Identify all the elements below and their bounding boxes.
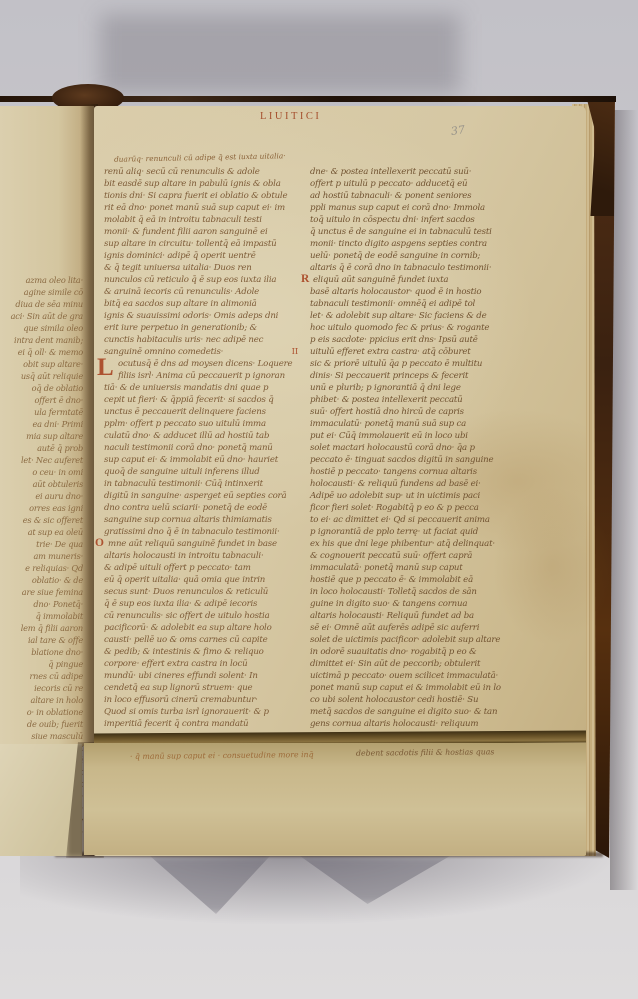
sliver-text-line: lem q̄ filii aaron <box>0 622 86 634</box>
manuscript-text-line: put ei· Cūq̄ immolauerit eū in loco ubi <box>310 430 538 442</box>
sliver-text-line: o· in oblatione <box>0 706 86 718</box>
manuscript-text-line: & pedib; & intestinis & fimo & reliquo <box>104 646 304 658</box>
manuscript-text-line: cunctis habitaculis uris· nec adipē nec <box>104 334 304 346</box>
manuscript-text-line: cū renunculis· sic offert de uitulo host… <box>104 610 304 622</box>
sliver-text-line: e reliquias· Qd <box>0 562 86 574</box>
manuscript-text-line: q̄ unctus ē de sanguine ei in tabnaculū … <box>310 226 538 238</box>
sliver-text-line: iecoris cū re <box>0 682 86 694</box>
photograph-of-manuscript: azma oleo lita·agine simile cōdiua de sē… <box>0 0 638 999</box>
manuscript-text-line: let· & adolebit sup altare· Sic faciens … <box>310 310 538 322</box>
sliver-text-line: ial tare & offe <box>0 634 86 646</box>
sliver-text-line: are siue femina <box>0 586 86 598</box>
manuscript-text-line: naculi testimonii corā dno· ponetq̄ manū <box>104 442 304 454</box>
book-right-shadow <box>610 110 638 890</box>
manuscript-text-line: uelū· ponetq̄ de eodē sanguine in cornib… <box>310 250 538 262</box>
manuscript-text-line: metq̄ sacdos de sanguine ei digito suo· … <box>310 706 538 718</box>
sliver-text-line: obit sup altare· <box>0 358 86 370</box>
manuscript-text-line: sup altare in circuitu· tollentq̄ eā imp… <box>104 238 304 250</box>
manuscript-text-line: hostiē p peccato· tangens cornua altaris <box>310 466 538 478</box>
lower-margin-text-left: · q̄ manū sup caput ei · consuetudine mo… <box>130 750 314 761</box>
sliver-text-line: aci· Sin aūt de gra <box>0 310 86 322</box>
manuscript-text-line: bitq̄ ea sacdos sup altare in alimoniā <box>104 298 304 310</box>
manuscript-text-line: altaris q̄ ē corā dno in tabnaculo testi… <box>310 262 538 274</box>
manuscript-text-line: immaculatā· ponetq̄ manū sup caput <box>310 562 538 574</box>
manuscript-text-line: renū aliq· secū cū renunculis & adole <box>104 166 304 178</box>
manuscript-text-line: molabit q̄ eā in introitu tabnaculi test… <box>104 214 304 226</box>
manuscript-text-line: tabnaculi testimonii· omnēq̄ ei adipē to… <box>310 298 538 310</box>
sliver-text-line: agine simile cō <box>0 286 86 298</box>
running-title: LIUITICI <box>260 111 321 122</box>
manuscript-text-line: in loco effusorū cinerū cremabuntur· <box>104 694 304 706</box>
manuscript-text-line: to ei· ac dimittet ei· Qd si peccauerit … <box>310 514 538 526</box>
sliver-text-line: de ouib; fuerit <box>0 718 86 730</box>
manuscript-text-line: nunculos cū reticulo q̄ ē sup eos iuxta … <box>104 274 304 286</box>
manuscript-text-line: imperitiā fecerit q̄ contra mandatū <box>104 718 304 730</box>
manuscript-text-line: sup caput ei· & immolabit eū dno· haurie… <box>104 454 304 466</box>
sliver-text-line: intra dent manib; <box>0 334 86 346</box>
sliver-text-line: offert ē dno· <box>0 394 86 406</box>
manuscript-text-line: Omne aūt reliquū sanguinē fundet in base <box>104 538 304 550</box>
manuscript-text-line: in odorē suauitatis dno· rogabitq̄ p eo … <box>310 646 538 658</box>
sliver-text-line: mia sup altare <box>0 430 86 442</box>
manuscript-text-line: pacificorū· & adolebit ea sup altare hol… <box>104 622 304 634</box>
manuscript-text-line: offert p uitulū p peccato· adducetq̄ eū <box>310 178 538 190</box>
sliver-text-line: ula fermtatē <box>0 406 86 418</box>
manuscript-text-line: solet de uictimis pacificor· adolebit su… <box>310 634 538 646</box>
sliver-text-line: ea dni· Primi <box>0 418 86 430</box>
manuscript-text-line: causti· pellē uo & oms carnes cū capite <box>104 634 304 646</box>
manuscript-text-line: monii· tincto digito aspgens septies con… <box>310 238 538 250</box>
manuscript-text-line: altaris holocausti· Reliquū fundet ad ba <box>310 610 538 622</box>
sliver-text-line: at sup ea oleū <box>0 526 86 538</box>
manuscript-text-line: co ubi solent holocaustor cedi hostiē· S… <box>310 694 538 706</box>
manuscript-text-line: in loco holocausti· Tolletq̄ sacdos de s… <box>310 586 538 598</box>
manuscript-text-line: unū e plurib; p ignorantiā q̄ dni lege <box>310 382 538 394</box>
manuscript-text-line: toq̄ uitulo in cōspectu dni· infert sacd… <box>310 214 538 226</box>
manuscript-text-line: Locutusq̄ ē dns ad moysen dicens· Loquer… <box>104 358 304 370</box>
manuscript-text-line: gens cornua altaris holocausti· reliquum <box>310 718 538 730</box>
sliver-text-line: o ceu· in omi <box>0 466 86 478</box>
sliver-text-line: oblatio· & de <box>0 574 86 586</box>
sliver-text-line: es & sic offeret <box>0 514 86 526</box>
sliver-text-line: que simila oleo <box>0 322 86 334</box>
manuscript-text-line: secus sunt· Duos renunculos & reticulū <box>104 586 304 598</box>
manuscript-text-line: quoq̄ de sanguine uituli inferens illud <box>104 466 304 478</box>
backdrop-shadow <box>100 14 460 94</box>
sliver-text-line: autē q̄ prob <box>0 442 86 454</box>
manuscript-text-line: dne· & postea intellexerit peccatū suū· <box>310 166 538 178</box>
manuscript-text-line: sic & priorē uitulū q̄a p peccato ē mult… <box>310 358 538 370</box>
manuscript-text-line: & adipē uituli offert p peccato· tam <box>104 562 304 574</box>
manuscript-text-line: solet mactari holocaustū corā dno· q̄a p <box>310 442 538 454</box>
manuscript-text-line: ficor fieri solet· Rogabitq̄ p eo & p pe… <box>310 502 538 514</box>
manuscript-text-line: sē ei· Omnē aūt auferēs adipē sic auferr… <box>310 622 538 634</box>
sliver-text-line: am muneris· <box>0 550 86 562</box>
sliver-text-line: orres eas igni <box>0 502 86 514</box>
manuscript-text-line: holocausti· & reliquū fundens ad basē ei… <box>310 478 538 490</box>
chapter-numeral: II <box>292 346 298 358</box>
sliver-text-line: siue masculū <box>0 730 86 742</box>
manuscript-text-line: cendetq̄ ea sup lignorū struem· que <box>104 682 304 694</box>
folio-number: 37 <box>450 123 466 138</box>
text-column-1: renū aliq· secū cū renunculis & adolebit… <box>104 166 304 730</box>
sliver-text-line: ei auru dno· <box>0 490 86 502</box>
manuscript-text-line: culatū dno· & adducet illū ad hostiū tab <box>104 430 304 442</box>
sliver-text-line: q̄ pingue <box>0 658 86 670</box>
manuscript-text-line: corpore· effert extra castra in locū <box>104 658 304 670</box>
manuscript-text-line: mundū· ubi cineres effundi solent· In <box>104 670 304 682</box>
sliver-text-line: rnes cū adipe <box>0 670 86 682</box>
manuscript-text-line: ex his que dni lege phibentur· atq̄ deli… <box>310 538 538 550</box>
manuscript-text-line: immaculatū· ponetq̄ manū suā sup ca <box>310 418 538 430</box>
manuscript-text-line: p eis sacdote· ppicius erit dns· Ipsū au… <box>310 334 538 346</box>
manuscript-text-line: cepit ut fieri· & q̄ppiā fecerit· si sac… <box>104 394 304 406</box>
manuscript-text-line: phibet· & postea intellexerit peccatū <box>310 394 538 406</box>
manuscript-text-line: sanguine sup cornua altaris thimiamatis <box>104 514 304 526</box>
manuscript-text-line: monii· & fundent filii aaron sanguinē ei <box>104 226 304 238</box>
sliver-text-line: ei q̄ oll· & memo <box>0 346 86 358</box>
manuscript-text-line: hoc uitulo quomodo fec & prius· & rogant… <box>310 322 538 334</box>
manuscript-text-line: uitulū efferet extra castra· atq̄ cōbure… <box>310 346 538 358</box>
manuscript-text-line: tionis dni· Si capra fuerit ei oblatio &… <box>104 190 304 202</box>
manuscript-text-line: pplm· offert p peccato suo uitulū imma <box>104 418 304 430</box>
manuscript-text-line: peccato ē· tinguat sacdos digitū in sang… <box>310 454 538 466</box>
lower-margin-text-right: debent sacdotis filii & hostias quas <box>356 747 494 757</box>
manuscript-text-line: ad hostiū tabnaculi· & ponent seniores <box>310 190 538 202</box>
sliver-text-line: trie· De qua <box>0 538 86 550</box>
manuscript-text-line: gratissimi dno q̄ ē in tabnaculo testimo… <box>104 526 304 538</box>
manuscript-text-line: ponet manū sup caput ei & immolabit eū i… <box>310 682 538 694</box>
manuscript-text-line: basē altaris holocaustor· quod ē in host… <box>310 286 538 298</box>
manuscript-text-line: & q̄ tegit uniuersa uitalia· Duos ren <box>104 262 304 274</box>
manuscript-text-line: dno contra uelū sciarii· ponetq̄ de eodē <box>104 502 304 514</box>
manuscript-text-line: guine in digito suo· & tangens cornua <box>310 598 538 610</box>
sliver-text-line: usq̄ aūt reliquie <box>0 370 86 382</box>
sliver-text-line: blatione dno· <box>0 646 86 658</box>
manuscript-text-line: ignis & suauissimi odoris· Omis adeps dn… <box>104 310 304 322</box>
turned-up-lower-margin: · q̄ manū sup caput ei · consuetudine mo… <box>84 743 586 855</box>
rubric-initial: R <box>301 274 309 285</box>
manuscript-text-line: Reliquū aūt sanguinē fundet iuxta <box>310 274 538 286</box>
sliver-text-line: oq̄ de oblatio <box>0 382 86 394</box>
manuscript-text-line: rit eā dno· ponet manū suā sup caput ei·… <box>104 202 304 214</box>
manuscript-text-line: tiā· & de uniuersis mandatis dni quae p <box>104 382 304 394</box>
manuscript-text-line: bit easdē sup altare in pabulū ignis & o… <box>104 178 304 190</box>
text-column-2: dne· & postea intellexerit peccatū suū·o… <box>310 166 538 730</box>
manuscript-text-line: hostiē que p peccato ē· & immolabit eā <box>310 574 538 586</box>
manuscript-text-line: in tabnaculū testimonii· Cūq̄ intinxerit <box>104 478 304 490</box>
manuscript-text-line: & cognouerit peccatū suū· offert caprā <box>310 550 538 562</box>
sliver-text-line: altare in holo <box>0 694 86 706</box>
manuscript-text-line: dinis· Si peccauerit princeps & fecerit <box>310 370 538 382</box>
manuscript-text-line: erit iure perpetuo in generationib; & <box>104 322 304 334</box>
sliver-text-line: let· Nec auferet <box>0 454 86 466</box>
manuscript-text-line: dimittet ei· Sin aūt de peccorib; obtule… <box>310 658 538 670</box>
manuscript-text-line: p ignorantiā de pplo terrę· ut faciat qu… <box>310 526 538 538</box>
sliver-text-line: q̄ immolabit <box>0 610 86 622</box>
sliver-text-line: azma oleo lita· <box>0 274 86 286</box>
manuscript-text-line: eū q̄ operit uitalia· quā omia que intri… <box>104 574 304 586</box>
manuscript-text-line: digitū in sanguine· asperget eū septies … <box>104 490 304 502</box>
manuscript-text-line: ignis dominici· adipē q̄ operit uentrē <box>104 250 304 262</box>
rubric-initial: O <box>95 538 104 549</box>
sliver-text-line: aūt obtuleris <box>0 478 86 490</box>
manuscript-text-line: Quod si omis turba isrl ignorauerit· & p <box>104 706 304 718</box>
manuscript-text-line: suū· offert hostiā dno hircū de capris <box>310 406 538 418</box>
manuscript-text-line: uictimā p peccato· ouem scilicet immacul… <box>310 670 538 682</box>
manuscript-text-line: sanguinē omnino comedetis·II <box>104 346 304 358</box>
sliver-text-line: dno· Ponetq̄· <box>0 598 86 610</box>
manuscript-text-line: Adipē uo adolebit sup· ut in uictimis pa… <box>310 490 538 502</box>
manuscript-text-line: q̄ ē sup eos iuxta ilia· & adipē iecoris <box>104 598 304 610</box>
manuscript-text-line: altaris holocausti in introitu tabnaculi… <box>104 550 304 562</box>
manuscript-text-line: unctus ē peccauerit delinquere faciens <box>104 406 304 418</box>
manuscript-text-line: & aruinā iecoris cū renunculis· Adole <box>104 286 304 298</box>
manuscript-text-line: filiis isrl· Anima cū peccauerit p ignor… <box>104 370 304 382</box>
manuscript-text-line: ppli manus sup caput ei corā dno· Immola <box>310 202 538 214</box>
sliver-text-line: diua de sēa minu <box>0 298 86 310</box>
